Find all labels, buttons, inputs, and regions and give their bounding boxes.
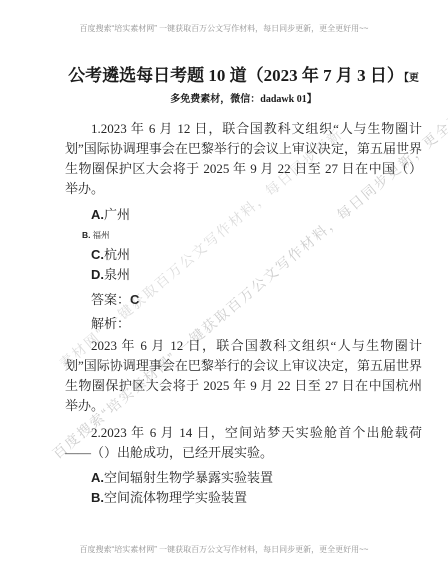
option-label: A. xyxy=(91,470,104,485)
header-watermark-note: 百度搜索“培实素材网” 一键获取百万公文写作材料，每日同步更新，更全更好用~~ xyxy=(0,24,448,34)
question-2-options: A.空间辐射生物学暴露实验装置 B.空间流体物理学实验装置 xyxy=(65,468,422,508)
option-label: B. xyxy=(82,230,91,240)
document-page: 百度搜索“培实素材网” 一键获取百万公文写作材料，每日同步更新，更全更好用 素材… xyxy=(0,0,448,580)
option-text: 空间流体物理学实验装置 xyxy=(104,490,247,505)
question-1-stem: 1.2023 年 6 月 12 日，联合国教科文组织“人与生物圈计划”国际协调理… xyxy=(65,119,422,199)
option-row-1a: A.广州 xyxy=(65,205,422,225)
analysis-label: 解析： xyxy=(65,314,422,334)
answer-letter: C xyxy=(130,292,139,307)
option-label: A. xyxy=(91,207,104,222)
option-text: 杭州 xyxy=(104,247,130,262)
question-1-options: A.广州 B.福州 C.杭州 D.泉州 xyxy=(65,205,422,285)
option-row-2a: A.空间辐射生物学暴露实验装置 xyxy=(65,468,422,488)
option-row-1d: D.泉州 xyxy=(65,265,422,285)
option-label: D. xyxy=(91,267,104,282)
answer-prefix: 答案： xyxy=(91,292,130,307)
option-row-2b: B.空间流体物理学实验装置 xyxy=(65,488,422,508)
option-label: C. xyxy=(91,247,104,262)
analysis-text: 2023 年 6 月 12 日，联合国教科文组织“人与生物圈计划”国际协调理事会… xyxy=(65,336,422,416)
title-overflow-text: 【更 xyxy=(404,73,419,84)
option-text: 福州 xyxy=(93,230,110,240)
title-main-text: 公考遴选每日考题 10 道（2023 年 7 月 3 日） xyxy=(68,66,404,85)
option-text: 空间辐射生物学暴露实验装置 xyxy=(104,470,273,485)
option-label: B. xyxy=(91,490,104,505)
document-title: 公考遴选每日考题 10 道（2023 年 7 月 3 日）【更 多免费素材，微信… xyxy=(65,52,422,106)
question-2-stem: 2.2023 年 6 月 14 日，空间站梦天实验舱首个出舱载荷——（）出舱成功… xyxy=(65,423,422,463)
footer-watermark-note: 百度搜索“培实素材网” 一键获取百万公文写作材料，每日同步更新，更全更好用~~ xyxy=(0,545,448,555)
title-subtitle: 多免费素材，微信：dadawk 01】 xyxy=(65,94,422,106)
answer-line: 答案：C xyxy=(65,290,422,310)
document-body: 公考遴选每日考题 10 道（2023 年 7 月 3 日）【更 多免费素材，微信… xyxy=(65,52,422,508)
option-text: 广州 xyxy=(104,207,130,222)
option-row-1b: B.福州 xyxy=(65,225,422,245)
option-text: 泉州 xyxy=(104,267,130,282)
option-row-1c: C.杭州 xyxy=(65,245,422,265)
